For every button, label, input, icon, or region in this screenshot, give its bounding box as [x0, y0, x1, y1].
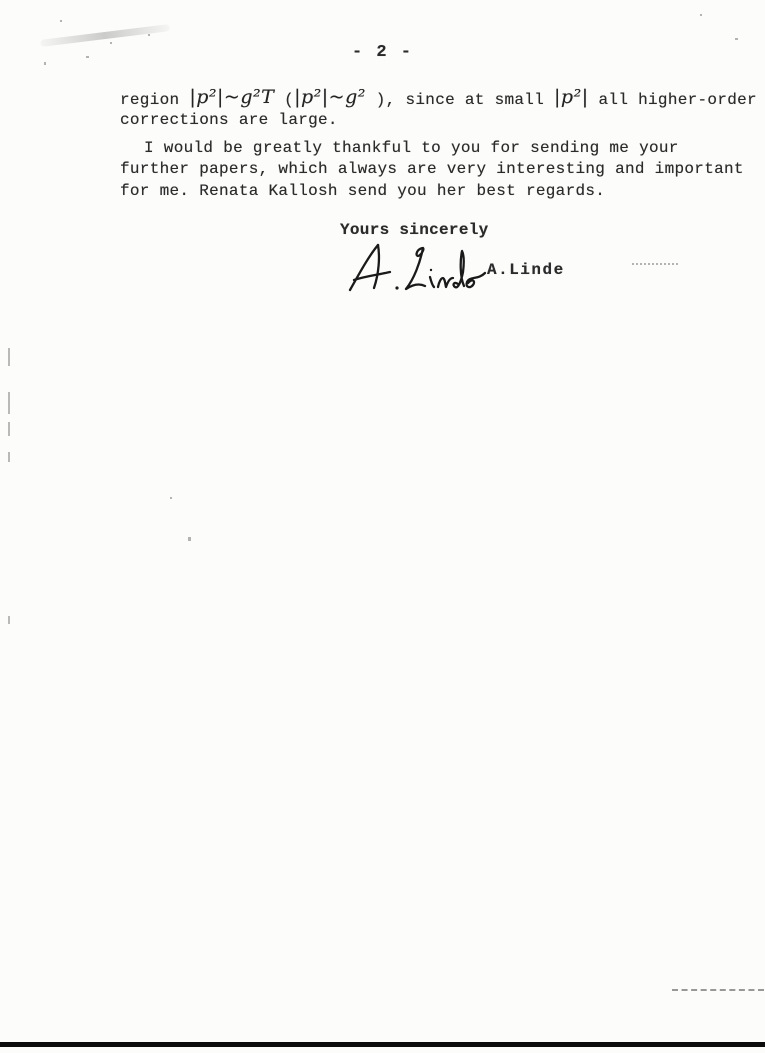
- scan-edge-tick: [8, 392, 10, 414]
- scan-speck: [148, 34, 150, 36]
- typed-signature-name: A.Linde: [487, 261, 565, 279]
- scan-edge-tick: [8, 348, 10, 366]
- typed-text: ),: [366, 91, 406, 109]
- typed-text: all higher-order: [589, 91, 757, 109]
- scan-bottom-edge: [0, 1042, 765, 1047]
- typed-text: region: [120, 91, 189, 109]
- page-number: - 2 -: [0, 43, 765, 62]
- paragraph2-line2: further papers, which always are very in…: [120, 160, 744, 178]
- scan-speck: [170, 497, 172, 499]
- scan-edge-tick: [8, 452, 10, 462]
- handwritten-formula: |p²|~g²: [294, 86, 366, 108]
- handwritten-formula: |p²|: [554, 86, 589, 108]
- paragraph1-line2: corrections are large.: [120, 111, 338, 129]
- scan-speck: [44, 62, 46, 65]
- paragraph2-line3: for me. Renata Kallosh send you her best…: [120, 182, 605, 200]
- typed-text: since at small: [405, 91, 554, 109]
- scan-speck: [700, 14, 702, 16]
- handwritten-signature: [344, 239, 494, 299]
- scan-edge-tick: [8, 616, 10, 624]
- scan-speck: [735, 38, 738, 40]
- scan-speck: [60, 20, 62, 22]
- typed-text: (: [274, 91, 294, 109]
- scan-dash-mark: [632, 263, 678, 265]
- paragraph2-line1: I would be greatly thankful to you for s…: [120, 139, 679, 157]
- handwritten-formula: |p²|~g²T: [189, 86, 274, 108]
- valediction: Yours sincerely: [340, 221, 489, 239]
- scan-dashed-line: [672, 989, 764, 991]
- scan-speck: [188, 537, 191, 541]
- letter-page: - 2 - region |p²|~g²T (|p²|~g² ), since …: [0, 0, 765, 1053]
- paragraph1-line1: region |p²|~g²T (|p²|~g² ), since at sma…: [120, 87, 757, 109]
- scan-edge-tick: [8, 422, 10, 436]
